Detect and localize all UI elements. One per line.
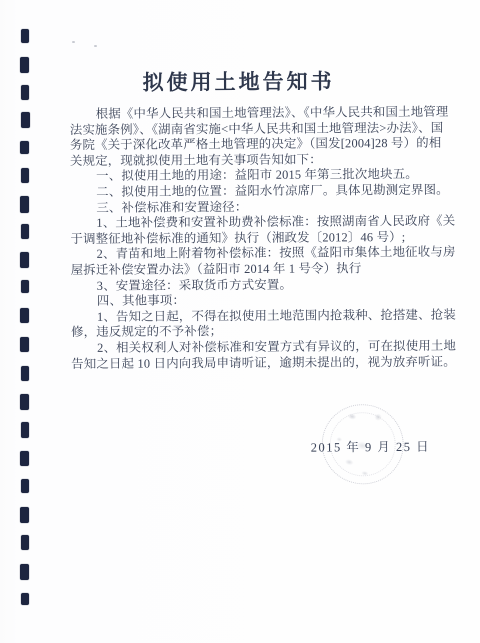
document-date: 2015 年 9 月 25 日 xyxy=(311,437,430,456)
document-line: 1、告知之日起，不得在拟使用土地范围内抢栽种、抢搭建、抢装 xyxy=(71,308,416,326)
document-line: 务院《关于深化改革严格土地管理的决定》（国发[2004]28 号）的相 xyxy=(70,136,415,154)
document-line: 2、相关权利人对补偿标准和安置方式有异议的，可在拟使用土地 xyxy=(71,339,416,357)
document-line: 告知之日起 10 日内向我局申请听证，逾期未提出的，视为放弃听证。 xyxy=(71,354,416,372)
document-line: 根据《中华人民共和国土地管理法》、《中华人民共和国土地管理 xyxy=(70,105,415,123)
document-line: 1、土地补偿费和安置补助费补偿标准：按照湖南省人民政府《关 xyxy=(70,214,415,232)
document-line: 二、拟使用土地的位置：益阳水竹凉席厂。具体见勘测定界图。 xyxy=(70,183,415,201)
document-body: 根据《中华人民共和国土地管理法》、《中华人民共和国土地管理法实施条例》、《湖南省… xyxy=(70,105,417,372)
document-content: 拟使用土地告知书 根据《中华人民共和国土地管理法》、《中华人民共和国土地管理法实… xyxy=(0,0,480,643)
document-line: 2、青苗和地上附着物补偿标准：按照《益阳市集体土地征收与房 xyxy=(71,245,416,263)
document-title: 拟使用土地告知书 xyxy=(0,65,479,98)
scanned-document-page: 拟使用土地告知书 根据《中华人民共和国土地管理法》、《中华人民共和国土地管理法实… xyxy=(0,0,480,643)
